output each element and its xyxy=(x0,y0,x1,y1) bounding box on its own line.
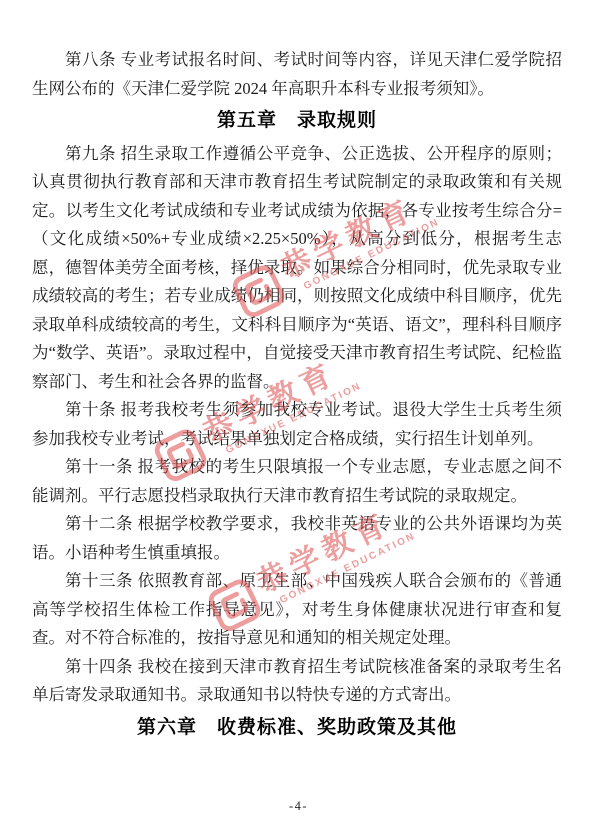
paragraph-article-13: 第十三条 依照教育部、原卫生部、中国残疾人联合会颁布的《普通高等学校招生体检工作… xyxy=(32,567,562,653)
document-page: 第八条 专业考试报名时间、考试时间等内容，详见天津仁爱学院招生网公布的《天津仁爱… xyxy=(0,0,597,823)
paragraph-article-9: 第九条 招生录取工作遵循公平竞争、公正选拔、公开程序的原则；认真贯彻执行教育部和… xyxy=(32,140,562,397)
paragraph-article-10: 第十条 报考我校考生须参加我校专业考试。退役大学生士兵考生须参加我校专业考试，考… xyxy=(32,396,562,453)
paragraph-article-14: 第十四条 我校在接到天津市教育招生考试院核准备案的录取考生名单后寄发录取通知书。… xyxy=(32,653,562,710)
chapter-heading-5: 第五章 录取规则 xyxy=(32,107,562,136)
paragraph-article-8: 第八条 专业考试报名时间、考试时间等内容，详见天津仁爱学院招生网公布的《天津仁爱… xyxy=(32,46,562,103)
paragraph-article-11: 第十一条 报考我校的考生只限填报一个专业志愿，专业志愿之间不能调剂。平行志愿投档… xyxy=(32,453,562,510)
paragraph-article-12: 第十二条 根据学校教学要求，我校非英语专业的公共外语课均为英语。小语种考生慎重填… xyxy=(32,510,562,567)
page-number: -4- xyxy=(0,799,597,814)
chapter-heading-6: 第六章 收费标准、奖助政策及其他 xyxy=(32,714,562,743)
document-body: 第八条 专业考试报名时间、考试时间等内容，详见天津仁爱学院招生网公布的《天津仁爱… xyxy=(32,46,562,746)
